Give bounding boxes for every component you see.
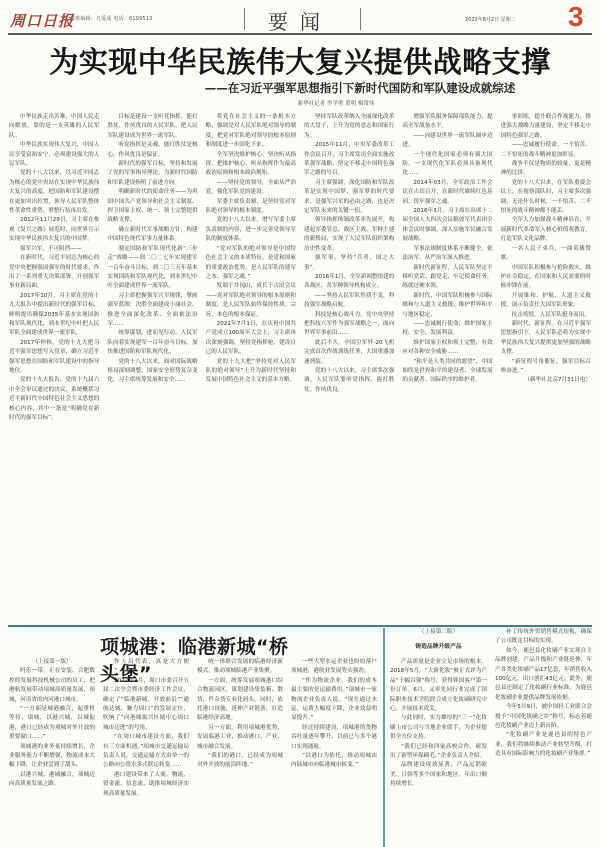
main-subhead: ——在习近平强军思想指引下新时代国防和军队建设成就综述	[0, 80, 600, 96]
paragraph: 2016年3月，习主席在出席十二届全国人大四次会议解放军代表团全体会议时强调，深…	[402, 207, 492, 245]
paragraph: “在周口城市建设方面，我们有三方面机遇。”项城市交通运输局负责人说，交通运输方式…	[103, 733, 189, 771]
paragraph: 中华民族走出苦难，中国人民走向解放，靠的是一支英雄的人民军队。	[9, 113, 99, 141]
paragraph: 2016年1月，全军新调整组建的各战区、各军种领导机构成立。	[304, 273, 394, 292]
paragraph: ——忠诚履行使命，一不怕苦、二不怕死的战斗精神更加彰显。	[501, 141, 591, 160]
paragraph: 党的十九大把“坚持党对人民军队的绝对领导”上升为新时代坚持和发展中国特色社会主义…	[206, 358, 296, 386]
box-column: （上接第二版） 铸造品牌升级产品 产品质量是企业立足市场的根本。2018年5月，…	[390, 628, 487, 847]
paragraph: 在新时代，习近平同志为核心的党中央把握强国强军的时代要求，作出了一系列重大决策部…	[9, 254, 99, 292]
byline: 新华社记者 李学勇 黄明 梅常伟	[0, 99, 600, 107]
paragraph: 2015年11月，中央军委改革工作会议召开，习主席发出全面实施改革强军战略、坚定…	[304, 141, 394, 179]
paragraph: ——坚持党的领导，全面从严治党，强化军队党的建设。	[206, 179, 296, 198]
paragraph: 以港兴城、港城融合，项城迈向高质量发展之路。	[9, 771, 95, 790]
paragraph: “我们已经和四家高校合作，研发出了新型环保刷毛。”企业负责人介绍。	[390, 743, 487, 762]
paragraph: “我们的港口，已经成为项城对外开放的前沿阵地。”	[197, 752, 283, 771]
article1-column: 目标是建设一支听党指挥、能打胜仗、作风优良的人民军队，把人民军队建设成为世界一流…	[107, 113, 197, 617]
article2-column: 作人员代表，真是大方便了！”2022年2月，周口市委召开五届二次全会暨市委经济工…	[103, 658, 189, 847]
paragraph: ——忠诚履行使命，维护国家主权、安全、发展利益。	[402, 320, 492, 339]
paragraph: ——坚持人民军队性质不变，科技强军战略启航。	[304, 292, 394, 311]
paragraph: 增强军队服务保障部队能力，提高全军战备水平。	[402, 113, 492, 132]
section-title: 要闻	[268, 6, 332, 35]
paragraph: 全军坚决维护核心、坚决听从指挥，把维护核心、听从指挥作为最高政治原则和根本政治规…	[206, 151, 296, 179]
paragraph: 党的十九大报告、党的十九届六中全会审议通过的决议，系统概括习近平新时代中国特色社…	[9, 376, 99, 423]
paragraph: “和平是人类共同的愿望”，中国始终是世界和平的建设者、全球发展的贡献者、国际秩序…	[402, 358, 492, 386]
paragraph: “一方面是城港融合，起重机等待，项城，以港兴城，以城促港，港口已经成为项城对外开…	[9, 705, 95, 743]
main-headline: 为实现中华民族伟大复兴提供战略支撑	[0, 44, 600, 80]
paragraph: 军事法规制度体系不断健全，依法治军、从严治军深入推进。	[402, 245, 492, 264]
article2-column: 统一体联合发展的临港经济新模式，推动项城临港产业集聚。一方面，统筹发展项城港口综…	[197, 658, 283, 847]
paragraph: 此后不久，中国空军歼-20飞机完成首次作战训练任务，大国重器加速列装。	[304, 339, 394, 367]
continued-label: （上接第一版）	[9, 658, 95, 667]
paragraph: “新征程号角催征，强军目标召唤奋进。”	[501, 358, 591, 377]
paragraph: 2014年03月，全军政治工作会议在古田召开，在新时代赓续红色基因、铸牢强军之魂…	[402, 179, 492, 207]
paragraph: 新时代新征程，人民军队坚定不移听党话、跟党走，牢记使命任务，练就过硬本领。	[402, 264, 492, 292]
paragraph: 强军兴军，不可阻挡——	[9, 245, 99, 254]
paragraph: 习主席把握强军兴军规律，擘画强军蓝图：决胜全面建成小康社会、推进全面深化改革、全…	[107, 292, 197, 330]
paragraph: 一方面，统筹发展项城港口综合物流园区，谋划建设集装箱、散货、件杂货专业化码头。同…	[197, 677, 283, 724]
article1-column: 中华民族走出苦难，中国人民走向解放，靠的是一支英雄的人民军队。中华民族实现伟大复…	[9, 113, 99, 617]
paragraph: 开展维和、护航、人道主义救援，展示负责任大国军队形象。	[501, 292, 591, 311]
dateline: 2022年8月2日 星期二	[465, 16, 516, 23]
paragraph: 习主席强调，深化国防和军队改革是实现中国梦、强军梦的时代要求，是强军兴军的必由之…	[304, 179, 394, 217]
paragraph: 军委主席负责制，是坚持党对军队绝对领导的根本制度。	[206, 198, 296, 217]
paragraph: “作为物流企业，我们的成本最主要的是运输费用。”项城市一家物流企业负责人说，“现…	[291, 677, 377, 724]
paragraph: 党的十八大以来，以习近平同志为核心的党中央站在实现中华民族伟大复兴的高度，把国防…	[9, 169, 99, 216]
paragraph: 将党在社会主义的一条根本方略，强调党对人民军队绝对领导的制度，把党对军队绝对领导…	[206, 113, 296, 151]
paragraph: 领导指挥体制改革率先展开，构建起军委管总、战区主战、军种主建的新格局，实现了人民…	[304, 216, 394, 254]
paragraph: 坚持军队改革纳入全面深化改革的大盘子，上升为党的意志和国家行为。	[304, 113, 394, 141]
paragraph: 听党指挥是灵魂，能打胜仗是核心，作风优良是保证。	[107, 141, 197, 160]
article1-body: 中华民族走出苦难，中国人民走向解放，靠的是一支英雄的人民军队。中华民族实现伟大复…	[9, 113, 591, 617]
paragraph: 一名人民子弟兵，一曲英雄赞歌。	[501, 245, 591, 264]
paragraph: 一些大型水运企业也纷纷落户项城港，港航业发展势头强劲。	[291, 658, 377, 677]
paragraph: 经过持续建设，项城港的货物吞吐量逐年攀升，目前已与多个港口实现通航。	[291, 724, 377, 752]
paragraph: 2022年2月，周口市委召开五届二次全会暨市委经济工作会议，确定了“临港新城、开…	[103, 677, 189, 733]
paragraph: 制定国防和军队现代化新“三步走”战略——到二〇二七年实现建军一百年奋斗目标，到二…	[107, 245, 197, 292]
paragraph: 补了传统外贸销售模式短板，确保了公司既定目标的实现。	[495, 628, 592, 647]
masthead-divider-left	[244, 8, 245, 30]
masthead-divider-right	[360, 8, 361, 30]
paragraph: 目标是建设一支听党指挥、能打胜仗、作风优良的人民军队，把人民军队建设成为世界一流…	[107, 113, 197, 141]
paragraph: 明确新时代的使命任务——为巩固中国共产党领导和社会主义制度、捍卫国家主权、统一、…	[107, 188, 197, 226]
paragraph: 中华民族实现伟大复兴，中国人民享受富裕安宁，必须建设强大的人民军队。	[9, 141, 99, 169]
paragraph: 如今，鹿邑县化妆刷产业实现自主品牌创建，产品升级和产业链延伸，年产各类化妆刷产品…	[495, 647, 592, 703]
paragraph: 新时代，新征程。在习近平强军思想指引下，人民军队必将为实现中华民族伟大复兴提供更…	[501, 320, 591, 358]
paragraph: 作人员代表，真是大方便了！”	[103, 658, 189, 677]
paragraph: 维护国家主权和领土完整，有效应对各种安全威胁……	[402, 339, 492, 358]
paragraph: 科技是核心战斗力。党中央坚持把科技兴军作为强军战略之一，面向世界军事前沿……	[304, 311, 394, 339]
paragraph: 中国军队积极参与抢险救灾、维护社会稳定，在国家和人民需要的时候冲锋在前。	[501, 264, 591, 292]
paragraph: 2012年11月29日，习主席在参观《复兴之路》展览时，向世界宣示实现中华民族伟…	[9, 216, 99, 244]
paragraph: 吗乐一带，正在安装、合肥数控的发展科技机械公司的员工，把港航发展带动项城高质量发…	[9, 667, 95, 705]
paragraph: 确立新时代军事战略方针，构建中国特色现代军事力量体系。	[107, 226, 197, 245]
page-number: 3	[568, 2, 584, 32]
paragraph: 全军大力加强战斗精神培育，开展新时代革命军人核心价值观教育，打造军队文化品牌。	[501, 216, 591, 244]
box-column: 补了传统外贸销售模式短板，确保了公司既定目标的实现。如今，鹿邑县化妆刷产业实现自…	[495, 628, 592, 847]
masthead: 周口日报 值班编辑：凡爱成 电话：6199513 要闻 2022年8月2日 星期…	[0, 0, 600, 36]
paragraph: 另一方面，利用项城港优势，发展临港工业，推动港口、产业、城市融合发展。	[197, 724, 283, 752]
paragraph: 产品质量是企业立足市场的根本。2018年5月，“大新化妆”被正式评为产品“千幅百…	[390, 658, 487, 714]
paragraph: 新时代，中国军队积极参与国际维和与人道主义救援，维护世界和平与地区稳定。	[402, 292, 492, 320]
paragraph: 发端于井冈山，成长于古田会议——党对军队绝对领导的根本原则和制度，是人民军队始终…	[206, 282, 296, 320]
newspaper-logo: 周口日报	[10, 10, 74, 31]
continued-box: （上接第二版） 铸造品牌升级产品 产品质量是企业立足市场的根本。2018年5月，…	[390, 628, 592, 847]
editor-line: 值班编辑：凡爱成 电话：6199513	[70, 15, 153, 22]
paragraph: ——向建设世界一流军队阔步迈进。	[402, 132, 492, 151]
paragraph: 新时代的强军目标，坚持和发展了党的军事指导理论，为新时代国防和军队建设指明了前进…	[107, 160, 197, 188]
box-continued-label: （上接第二版）	[390, 628, 487, 637]
article2-column: （上接第一版） 吗乐一带，正在安装、合肥数控的发展科技机械公司的员工，把港航发展…	[9, 658, 95, 847]
article1-column: 事训练，提升联合作战能力，推进强大战略力量建设，坚定不移走中国特色强军之路。——…	[501, 113, 591, 617]
paragraph: 港口建设带来了人流、物流、资金流、信息流，助推项城经济实现高质量发展。	[103, 771, 189, 799]
paragraph: 强军事，坚持“兵者，国之大事”。	[304, 254, 394, 273]
article1-column: 增强军队服务保障部队能力，提高全军战备水平。——向建设世界一流军队阔步迈进。一个…	[402, 113, 492, 617]
paragraph: 2017年仲秋，党的十九大把习近平强军思想写入党章，确立习近平强军思想在国防和军…	[9, 339, 99, 377]
paragraph: 抗击疫情，人民军队挺身而出。	[501, 311, 591, 320]
paragraph: 2017年10月，习主席在党的十九大报告中提出新时代的强军目标，鲜明提出确保20…	[9, 292, 99, 339]
paragraph: （新华社北京7月31日电）	[501, 376, 591, 385]
paragraph: 2021年7月1日，在庆祝中国共产党成立100周年大会上，习主席再次深刻强调，坚…	[206, 320, 296, 358]
paragraph: “化妆刷产业是鹿邑县的特色产业，我们将继续推动产业转型升级，打造具有国际影响力的…	[495, 731, 592, 759]
paragraph: “党对军队的绝对领导是中国特色社会主义的本质特征，是党和国家的重要政治优势，是人…	[206, 245, 296, 283]
paragraph: 党的十八大以来，面对国际战略格局深刻调整、国家安全形势复杂变化，习主席统筹发展和…	[107, 358, 197, 386]
article2-body: （上接第一版） 吗乐一带，正在安装、合肥数控的发展科技机械公司的员工，把港航发展…	[9, 658, 377, 847]
paragraph: 党的十八大以来，在军队重要会议上，在视察部队时，习主席多次强调，无论什么时候，一…	[501, 179, 591, 217]
paragraph: “以港口为依托，推动项城由内陆城市向临港城市转变。”	[291, 752, 377, 771]
article1-column: 将党在社会主义的一条根本方略，强调党对人民军队绝对领导的制度，把党对军队绝对领导…	[206, 113, 296, 617]
masthead-rule	[8, 33, 592, 35]
paragraph: 党的十八大以来，习主席多次强调，人民军队要听党指挥、能打胜仗、作风优良。	[304, 367, 394, 395]
paragraph: 统一体联合发展的临港经济新模式，推动项城临港产业集聚。	[197, 658, 283, 677]
article2-column: 一些大型水运企业也纷纷落户项城港，港航业发展势头强劲。“作为物流企业，我们的成本…	[291, 658, 377, 847]
paragraph: 今年5月9日，被中国轻工业联合会授予“中国化妆刷之乡”称号，标志着鹿邑化妆刷产业…	[495, 703, 592, 731]
box-divider	[383, 628, 385, 847]
paragraph: 战争不仅是物质的较量，更是精神的比拼。	[501, 160, 591, 179]
paragraph: 党的十八大以来，增写军委主席负责制的内容，进一步完善党领导军队的制度体系。	[206, 216, 296, 244]
paragraph: 项城港的业务量持续增长，企业服务能力不断增强，物流成本大幅下降，让企业尝到了甜头…	[9, 743, 95, 771]
paragraph: 统筹谋划，进而见行动。人民军队向着实现建军一百年奋斗目标，加快推进国防和军队现代…	[107, 329, 197, 357]
article1-column: 坚持军队改革纳入全面深化改革的大盘子，上升为党的意志和国家行为。2015年11月…	[304, 113, 394, 617]
box-subhead: 铸造品牌升级产品	[390, 643, 487, 652]
paragraph: 与此同时，实力雄厚的“三一”化妆刷上市公司与当地企业联手，为企业提供全方位支持。	[390, 714, 487, 742]
paragraph: 品牌建设成效显著，产品远销欧美、日韩等多个国家和地区，年出口额持续增长。	[390, 761, 487, 789]
paragraph: 事训练，提升联合作战能力，推进强大战略力量建设，坚定不移走中国特色强军之路。	[501, 113, 591, 141]
paragraph: 一个现代化国家必须有强大国防。一支现代化军队必须具备现代化……	[402, 151, 492, 179]
section-divider	[8, 625, 592, 627]
